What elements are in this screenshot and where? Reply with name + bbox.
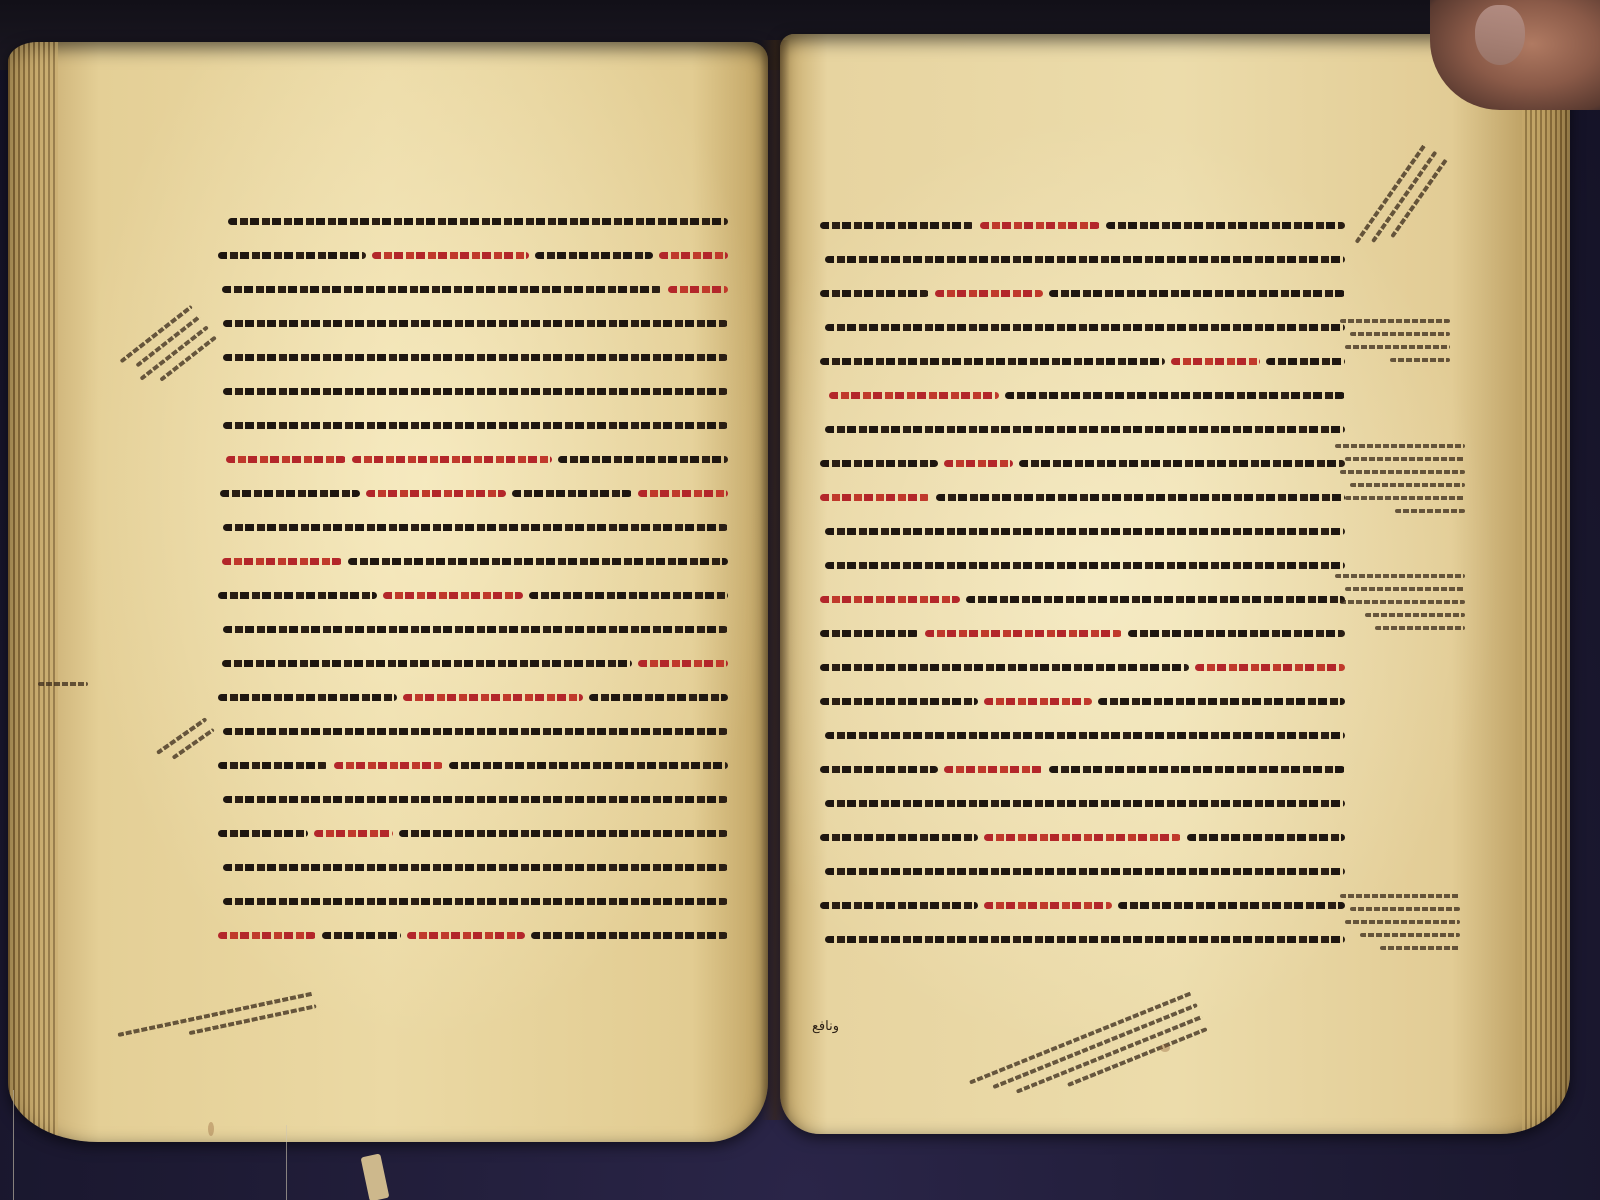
text-line: [820, 214, 1345, 236]
text-line: [820, 316, 1345, 338]
left-margin-note: [156, 717, 220, 773]
catchword: ونافع: [812, 1019, 839, 1034]
thread: [13, 1090, 14, 1200]
thumb-holding-page: [1430, 0, 1600, 110]
text-line: [820, 792, 1345, 814]
left-main-text: [218, 210, 728, 958]
text-line: [820, 248, 1345, 270]
text-line: [218, 618, 728, 640]
left-margin-note: [38, 682, 88, 695]
text-line: [820, 554, 1345, 576]
text-line: [218, 890, 728, 912]
text-line: [820, 282, 1345, 304]
text-line: [218, 652, 728, 674]
text-line: [218, 210, 728, 232]
text-line: [820, 486, 1345, 508]
right-margin-note: [1335, 574, 1465, 639]
page-edge-stack: [1522, 34, 1570, 1134]
text-line: [218, 822, 728, 844]
text-line: [820, 418, 1345, 440]
text-line: [820, 826, 1345, 848]
right-top-margin-note: [1355, 143, 1456, 264]
text-line: [218, 550, 728, 572]
text-line: [820, 928, 1345, 950]
paper-stain: [208, 1122, 214, 1136]
text-line: [218, 516, 728, 538]
text-line: [218, 924, 728, 946]
paper-scrap: [361, 1153, 390, 1200]
text-line: [218, 482, 728, 504]
thread: [286, 1125, 287, 1200]
left-bottom-margin-note: [117, 991, 318, 1058]
right-bottom-margin-note: [969, 991, 1211, 1129]
text-line: [820, 656, 1345, 678]
text-line: [218, 788, 728, 810]
text-line: [218, 312, 728, 334]
text-line: [820, 690, 1345, 712]
text-line: [820, 588, 1345, 610]
text-line: [218, 754, 728, 776]
text-line: [218, 448, 728, 470]
text-line: [218, 244, 728, 266]
text-line: [820, 724, 1345, 746]
right-margin-note: [1340, 319, 1450, 371]
left-page: [8, 42, 768, 1142]
text-line: [820, 350, 1345, 372]
text-line: [820, 622, 1345, 644]
text-line: [218, 380, 728, 402]
text-line: [218, 414, 728, 436]
right-margin-note: [1340, 894, 1460, 959]
text-line: [218, 278, 728, 300]
text-line: [218, 856, 728, 878]
text-line: [218, 584, 728, 606]
paper-stain: [1160, 1044, 1170, 1052]
text-line: [820, 452, 1345, 474]
right-page: ونافع: [780, 34, 1570, 1134]
text-line: [218, 720, 728, 742]
right-margin-note: [1335, 444, 1465, 522]
text-line: [218, 686, 728, 708]
text-line: [218, 346, 728, 368]
text-line: [820, 520, 1345, 542]
text-line: [820, 758, 1345, 780]
left-margin-note: [120, 305, 223, 401]
book-gutter: [760, 40, 790, 1120]
right-main-text: [820, 214, 1345, 962]
text-line: [820, 860, 1345, 882]
page-edge-stack: [8, 42, 58, 1142]
thumbnail: [1475, 5, 1525, 65]
text-line: [820, 894, 1345, 916]
text-line: [820, 384, 1345, 406]
